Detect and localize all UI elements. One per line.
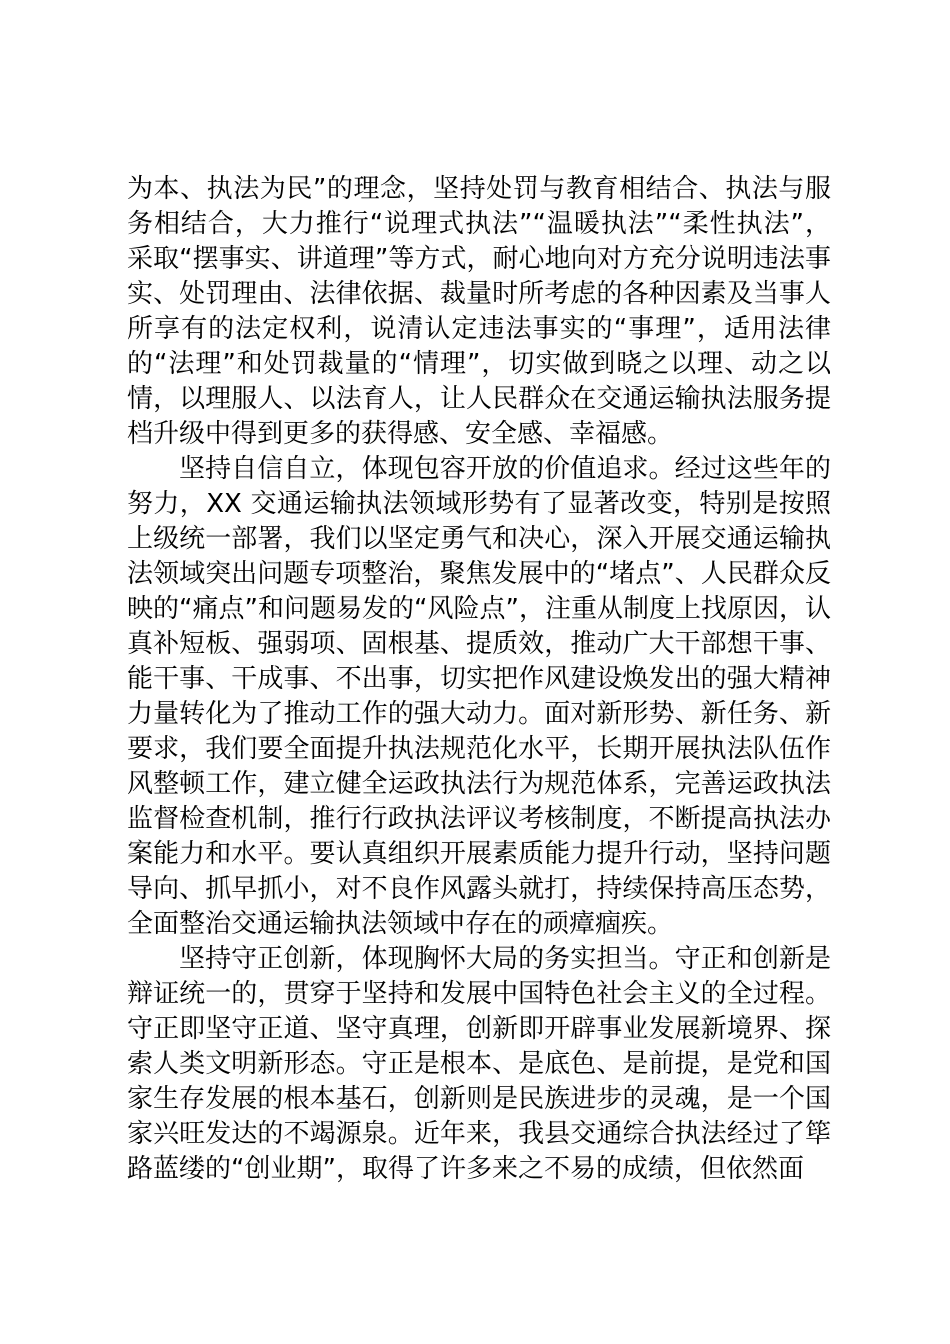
document-page: 为本、执法为民”的理念，坚持处罚与教育相结合、执法与服务相结合，大力推行“说理式… — [0, 0, 950, 1344]
paragraph-3: 坚持守正创新，体现胸怀大局的务实担当。守正和创新是辩证统一的，贯穿于坚持和发展中… — [127, 942, 831, 1187]
paragraph-1: 为本、执法为民”的理念，坚持处罚与教育相结合、执法与服务相结合，大力推行“说理式… — [127, 172, 831, 452]
paragraph-2: 坚持自信自立，体现包容开放的价值追求。经过这些年的努力，XX 交通运输执法领域形… — [127, 452, 831, 942]
document-text-block: 为本、执法为民”的理念，坚持处罚与教育相结合、执法与服务相结合，大力推行“说理式… — [127, 172, 831, 1187]
